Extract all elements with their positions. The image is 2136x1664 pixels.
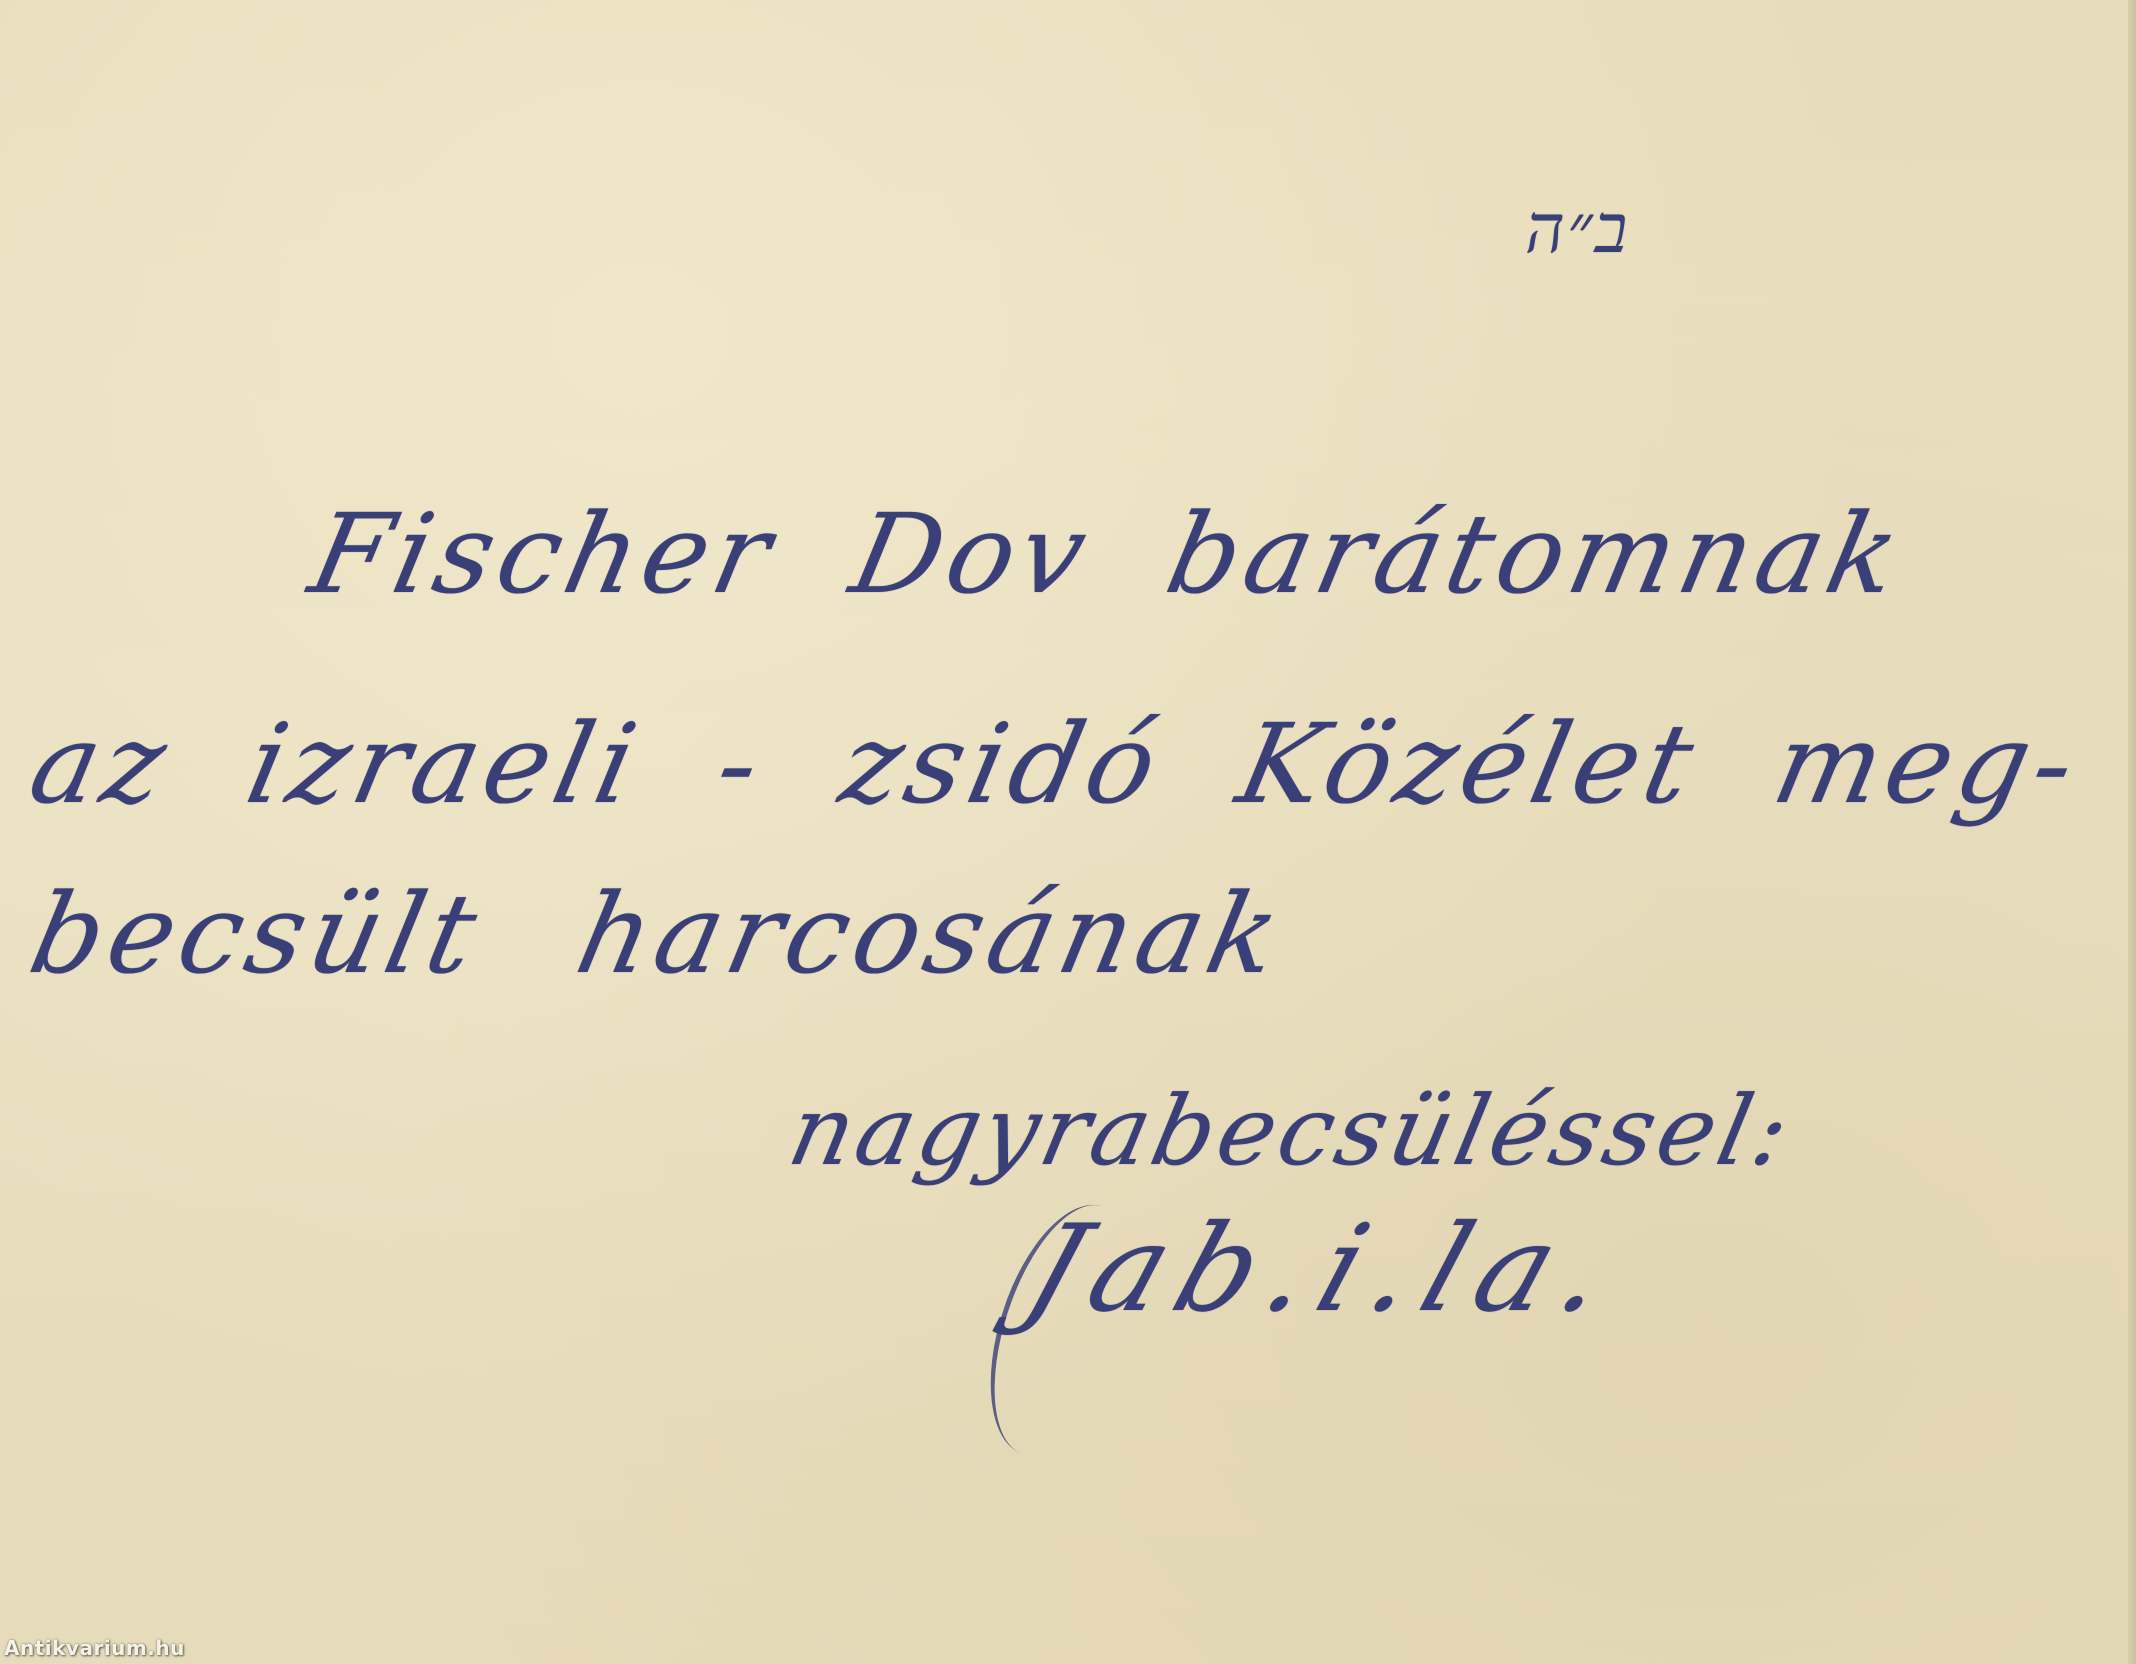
scanned-page: ב״ה Fischer Dov barátomnak az izraeli - … bbox=[0, 0, 2136, 1664]
dedication-line-1: Fischer Dov barátomnak bbox=[300, 490, 1916, 618]
dedication-line-2: az izraeli - zsidó Közélet meg- bbox=[20, 700, 2092, 828]
page-edge bbox=[2128, 0, 2136, 1664]
hebrew-header-mark: ב״ה bbox=[1525, 190, 1629, 269]
closing-salutation: nagyrabecsüléssel: bbox=[780, 1075, 1803, 1187]
watermark-logo: Antikvarium.hu bbox=[4, 1636, 185, 1660]
signature: Jab.i.la. bbox=[1010, 1200, 1640, 1339]
dedication-line-3: becsült harcosának bbox=[20, 870, 1296, 998]
